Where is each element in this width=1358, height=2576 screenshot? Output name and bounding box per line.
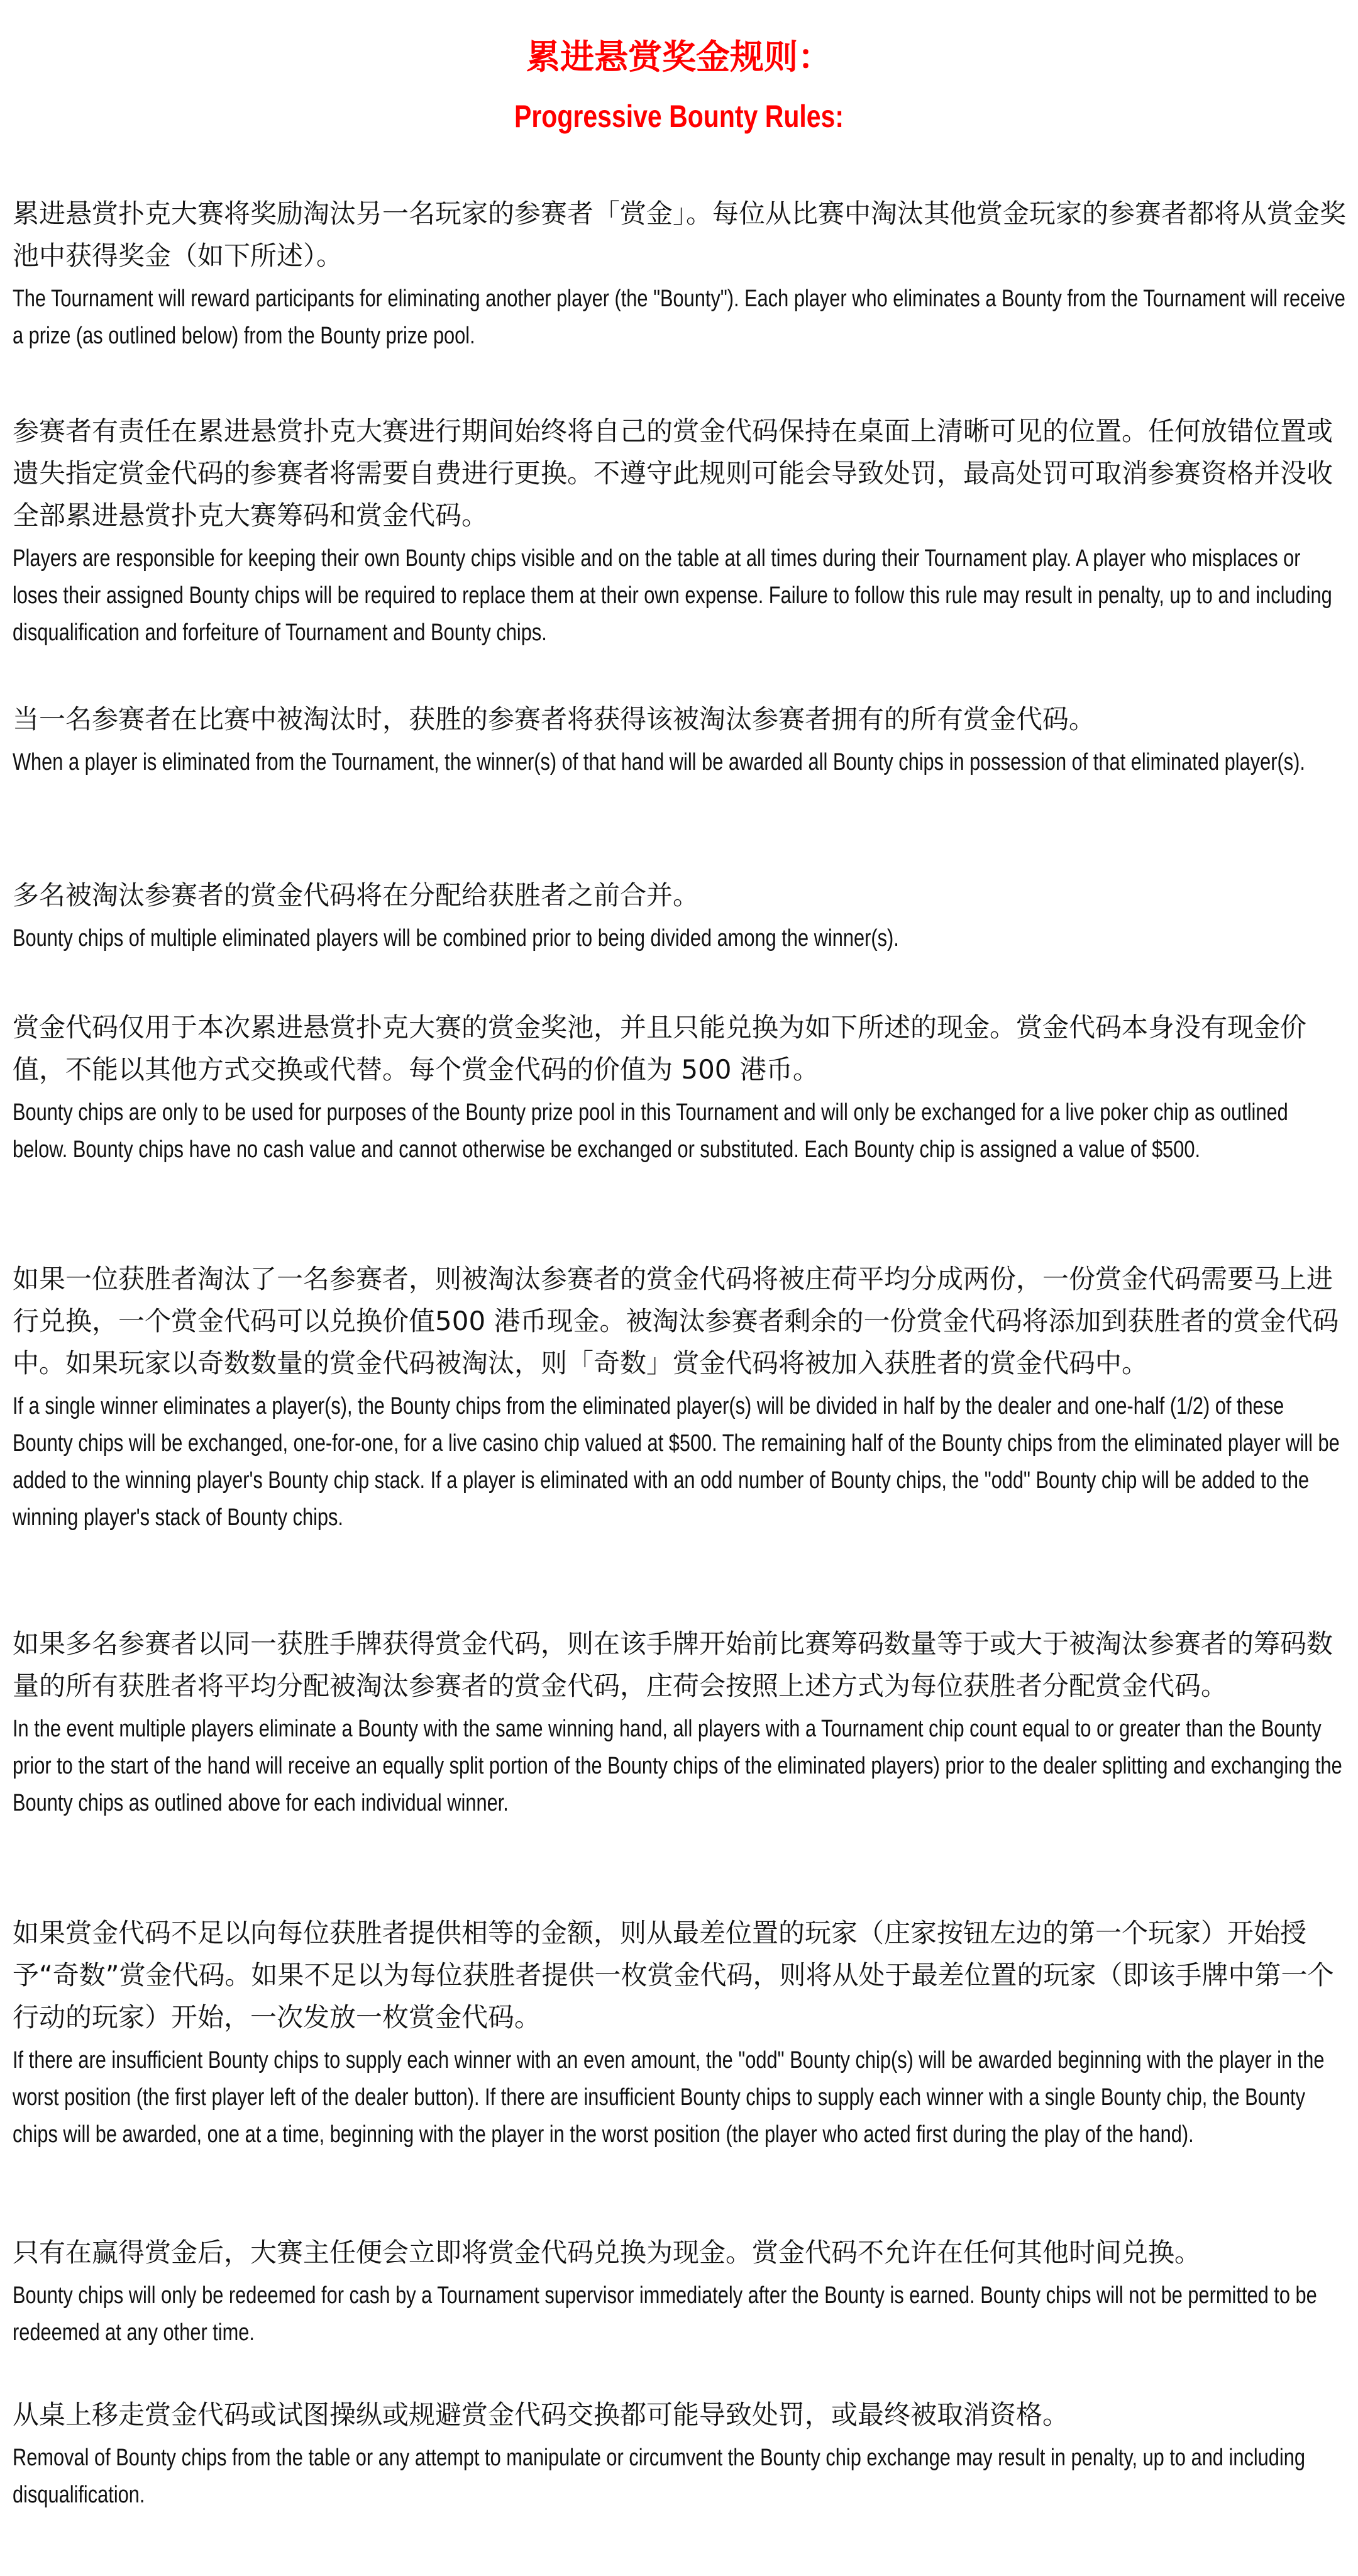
rule-10: 从桌上移走赏金代码或试图操纵或规避赏金代码交换都可能导致处罚，或最终被取消资格。… <box>13 2394 1349 2514</box>
rule-5: 赏金代码仅用于本次累进悬赏扑克大赛的赏金奖池，并且只能兑换为如下所述的现金。赏金… <box>13 1006 1349 1169</box>
rule-9: 只有在赢得赏金后，大赛主任便会立即将赏金代码兑换为现金。赏金代码不允许在任何其他… <box>13 2231 1349 2351</box>
rule-5-chinese: 赏金代码仅用于本次累进悬赏扑克大赛的赏金奖池，并且只能兑换为如下所述的现金。赏金… <box>13 1006 1349 1091</box>
rule-10-chinese: 从桌上移走赏金代码或试图操纵或规避赏金代码交换都可能导致处罚，或最终被取消资格。 <box>13 2394 1349 2436</box>
rule-4-chinese: 多名被淘汰参赛者的赏金代码将在分配给获胜者之前合并。 <box>13 874 1349 916</box>
rule-2-chinese: 参赛者有责任在累进悬赏扑克大赛进行期间始终将自己的赏金代码保持在桌面上清晰可见的… <box>13 410 1349 536</box>
title-chinese: 累进悬赏奖金规则： <box>0 35 1358 79</box>
rule-6-chinese: 如果一位获胜者淘汰了一名参赛者，则被淘汰参赛者的赏金代码将被庄荷平均分成两份，一… <box>13 1258 1349 1384</box>
rule-8-english: If there are insufficient Bounty chips t… <box>13 2042 1347 2153</box>
rule-1-english: The Tournament will reward participants … <box>13 280 1347 355</box>
rule-1: 累进悬赏扑克大赛将奖励淘汰另一名玩家的参赛者「赏金」。每位从比赛中淘汰其他赏金玩… <box>13 192 1349 355</box>
rule-9-chinese: 只有在赢得赏金后，大赛主任便会立即将赏金代码兑换为现金。赏金代码不允许在任何其他… <box>13 2231 1349 2273</box>
rule-7-english: In the event multiple players eliminate … <box>13 1711 1347 1822</box>
rule-3-english: When a player is eliminated from the Tou… <box>13 744 1347 781</box>
rule-2: 参赛者有责任在累进悬赏扑克大赛进行期间始终将自己的赏金代码保持在桌面上清晰可见的… <box>13 410 1349 652</box>
rule-8-chinese: 如果赏金代码不足以向每位获胜者提供相等的金额，则从最差位置的玩家（庄家按钮左边的… <box>13 1912 1349 2038</box>
rule-3-chinese: 当一名参赛者在比赛中被淘汰时，获胜的参赛者将获得该被淘汰参赛者拥有的所有赏金代码… <box>13 698 1349 740</box>
rule-4-english: Bounty chips of multiple eliminated play… <box>13 920 1347 957</box>
rule-8: 如果赏金代码不足以向每位获胜者提供相等的金额，则从最差位置的玩家（庄家按钮左边的… <box>13 1912 1349 2153</box>
rule-4: 多名被淘汰参赛者的赏金代码将在分配给获胜者之前合并。 Bounty chips … <box>13 874 1349 957</box>
rule-6-english: If a single winner eliminates a player(s… <box>13 1388 1347 1536</box>
rule-3: 当一名参赛者在比赛中被淘汰时，获胜的参赛者将获得该被淘汰参赛者拥有的所有赏金代码… <box>13 698 1349 781</box>
rule-7: 如果多名参赛者以同一获胜手牌获得赏金代码，则在该手牌开始前比赛筹码数量等于或大于… <box>13 1623 1349 1822</box>
title-english: Progressive Bounty Rules: <box>122 94 1235 138</box>
rule-6: 如果一位获胜者淘汰了一名参赛者，则被淘汰参赛者的赏金代码将被庄荷平均分成两份，一… <box>13 1258 1349 1536</box>
rule-5-english: Bounty chips are only to be used for pur… <box>13 1094 1347 1169</box>
rule-2-english: Players are responsible for keeping thei… <box>13 540 1347 652</box>
rule-9-english: Bounty chips will only be redeemed for c… <box>13 2277 1347 2351</box>
rule-1-chinese: 累进悬赏扑克大赛将奖励淘汰另一名玩家的参赛者「赏金」。每位从比赛中淘汰其他赏金玩… <box>13 192 1349 277</box>
rule-10-english: Removal of Bounty chips from the table o… <box>13 2440 1347 2514</box>
rule-7-chinese: 如果多名参赛者以同一获胜手牌获得赏金代码，则在该手牌开始前比赛筹码数量等于或大于… <box>13 1623 1349 1707</box>
